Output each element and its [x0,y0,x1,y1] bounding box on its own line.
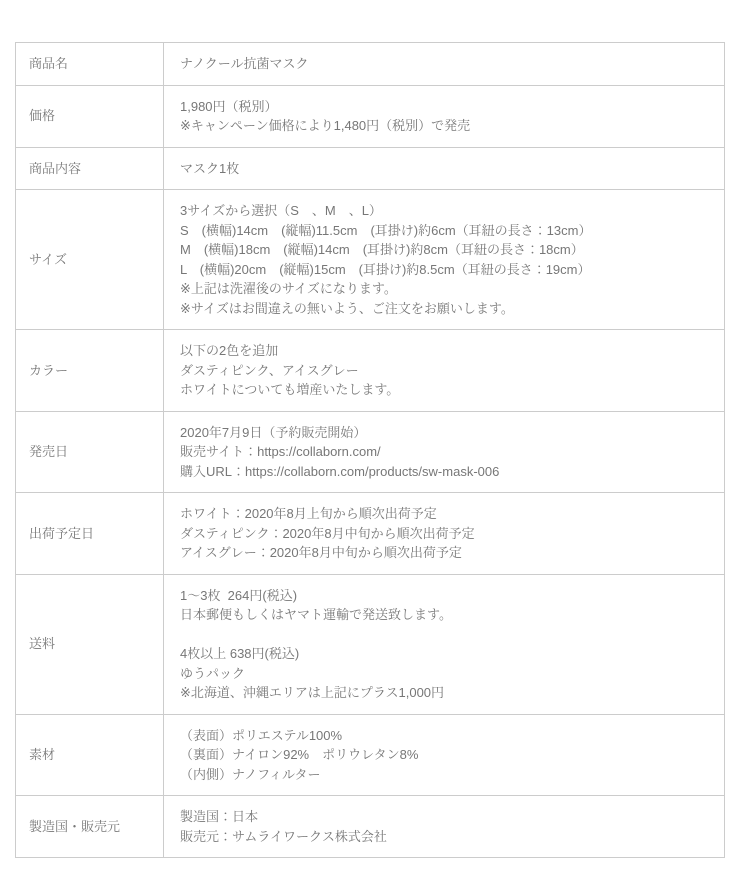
table-row: 商品内容マスク1枚 [16,147,725,190]
value-line: （表面）ポリエステル100% [180,726,710,746]
value-line: 以下の2色を追加 [180,341,710,361]
row-value: 以下の2色を追加ダスティピンク、アイスグレーホワイトについても増産いたします。 [164,330,725,412]
value-line: （裏面）ナイロン92% ポリウレタン8% [180,745,710,765]
value-line: 購入URL：https://collaborn.com/products/sw-… [180,462,710,482]
product-spec-table: 商品名ナノクール抗菌マスク価格1,980円（税別）※キャンペーン価格により1,4… [15,42,725,858]
value-line: 2020年7月9日（予約販売開始） [180,423,710,443]
value-line: 販売サイト：https://collaborn.com/ [180,442,710,462]
table-row: カラー以下の2色を追加ダスティピンク、アイスグレーホワイトについても増産いたしま… [16,330,725,412]
value-line: L (横幅)20cm (縦幅)15cm (耳掛け)約8.5cm（耳紐の長さ：19… [180,260,710,280]
row-label: 発売日 [16,411,164,493]
table-row: 出荷予定日ホワイト：2020年8月上旬から順次出荷予定ダスティピンク：2020年… [16,493,725,575]
value-line: 製造国：日本 [180,807,710,827]
row-value: 1,980円（税別）※キャンペーン価格により1,480円（税別）で発売 [164,85,725,147]
table-row: 素材（表面）ポリエステル100%（裏面）ナイロン92% ポリウレタン8%（内側）… [16,714,725,796]
table-row: 発売日2020年7月9日（予約販売開始）販売サイト：https://collab… [16,411,725,493]
row-value: ナノクール抗菌マスク [164,43,725,86]
value-line: 1～3枚 264円(税込) [180,586,710,606]
value-line [180,625,710,645]
row-label: 素材 [16,714,164,796]
value-line: ホワイト：2020年8月上旬から順次出荷予定 [180,504,710,524]
value-line: 3サイズから選択（S 、M 、L） [180,201,710,221]
value-line: ナノクール抗菌マスク [180,54,710,74]
value-line: ダスティピンク、アイスグレー [180,361,710,381]
row-value: 2020年7月9日（予約販売開始）販売サイト：https://collaborn… [164,411,725,493]
value-line: （内側）ナノフィルター [180,765,710,785]
value-line: ※サイズはお間違えの無いよう、ご注文をお願いします。 [180,299,710,319]
table-row: 製造国・販売元製造国：日本販売元：サムライワークス株式会社 [16,796,725,858]
table-row: 商品名ナノクール抗菌マスク [16,43,725,86]
row-value: 3サイズから選択（S 、M 、L）S (横幅)14cm (縦幅)11.5cm (… [164,190,725,330]
table-row: サイズ3サイズから選択（S 、M 、L）S (横幅)14cm (縦幅)11.5c… [16,190,725,330]
row-value: （表面）ポリエステル100%（裏面）ナイロン92% ポリウレタン8%（内側）ナノ… [164,714,725,796]
table-row: 送料1～3枚 264円(税込)日本郵便もしくはヤマト運輸で発送致します。4枚以上… [16,574,725,714]
row-label: 出荷予定日 [16,493,164,575]
value-line: 日本郵便もしくはヤマト運輸で発送致します。 [180,605,710,625]
product-spec-table-body: 商品名ナノクール抗菌マスク価格1,980円（税別）※キャンペーン価格により1,4… [16,43,725,858]
row-value: 1～3枚 264円(税込)日本郵便もしくはヤマト運輸で発送致します。4枚以上 6… [164,574,725,714]
value-line: S (横幅)14cm (縦幅)11.5cm (耳掛け)約6cm（耳紐の長さ：13… [180,221,710,241]
row-label: 商品内容 [16,147,164,190]
value-line: ※北海道、沖縄エリアは上記にプラス1,000円 [180,683,710,703]
row-value: マスク1枚 [164,147,725,190]
row-label: サイズ [16,190,164,330]
row-label: カラー [16,330,164,412]
value-line: ※上記は洗濯後のサイズになります。 [180,279,710,299]
value-line: マスク1枚 [180,159,710,179]
row-label: 製造国・販売元 [16,796,164,858]
row-value: ホワイト：2020年8月上旬から順次出荷予定ダスティピンク：2020年8月中旬か… [164,493,725,575]
row-value: 製造国：日本販売元：サムライワークス株式会社 [164,796,725,858]
value-line: ゆうパック [180,664,710,684]
value-line: ダスティピンク：2020年8月中旬から順次出荷予定 [180,524,710,544]
value-line: 1,980円（税別） [180,97,710,117]
value-line: M (横幅)18cm (縦幅)14cm (耳掛け)約8cm（耳紐の長さ：18cm… [180,240,710,260]
product-spec-page: 商品名ナノクール抗菌マスク価格1,980円（税別）※キャンペーン価格により1,4… [0,0,740,893]
value-line: ホワイトについても増産いたします。 [180,380,710,400]
value-line: 4枚以上 638円(税込) [180,644,710,664]
row-label: 送料 [16,574,164,714]
row-label: 価格 [16,85,164,147]
value-line: 販売元：サムライワークス株式会社 [180,827,710,847]
row-label: 商品名 [16,43,164,86]
table-row: 価格1,980円（税別）※キャンペーン価格により1,480円（税別）で発売 [16,85,725,147]
value-line: アイスグレー：2020年8月中旬から順次出荷予定 [180,543,710,563]
value-line: ※キャンペーン価格により1,480円（税別）で発売 [180,116,710,136]
